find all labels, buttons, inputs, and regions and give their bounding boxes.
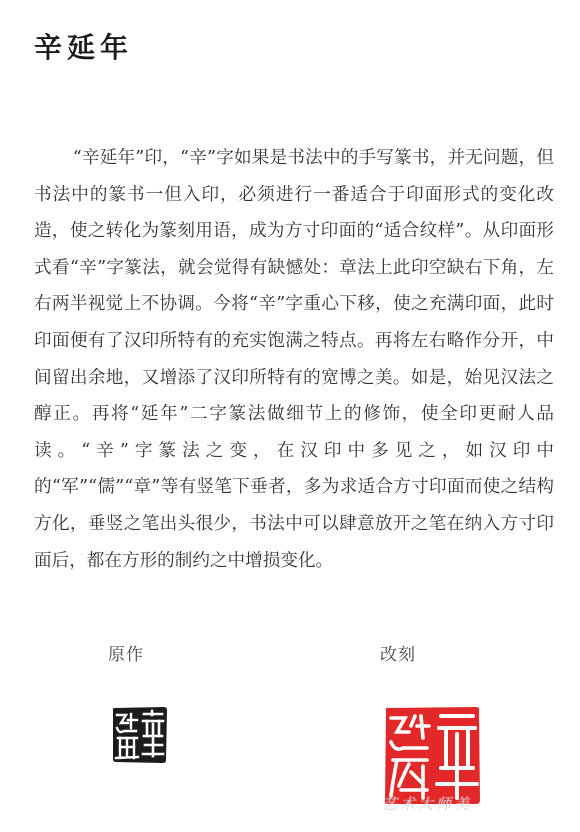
watermark-text: 艺术大师美 [382, 793, 472, 814]
revised-seal-caption: 改刻 [380, 640, 416, 665]
revised-seal-label: 改刻 [380, 645, 416, 665]
article-body: “辛延年”印，“辛”字如果是书法中的手写篆书，并无问题，但书法中的篆书一但入印，… [34, 140, 554, 579]
original-seal-image [110, 706, 168, 764]
revised-seal-image [383, 706, 481, 806]
seal-xinyannian-original-icon [110, 706, 168, 764]
original-seal-caption: 原作 [108, 640, 144, 665]
original-seal-label: 原作 [108, 645, 144, 665]
page-title: 辛延年 [34, 26, 133, 66]
seal-xinyannian-revised-icon [383, 706, 481, 806]
article-paragraph: “辛延年”印，“辛”字如果是书法中的手写篆书，并无问题，但书法中的篆书一但入印，… [34, 140, 554, 579]
